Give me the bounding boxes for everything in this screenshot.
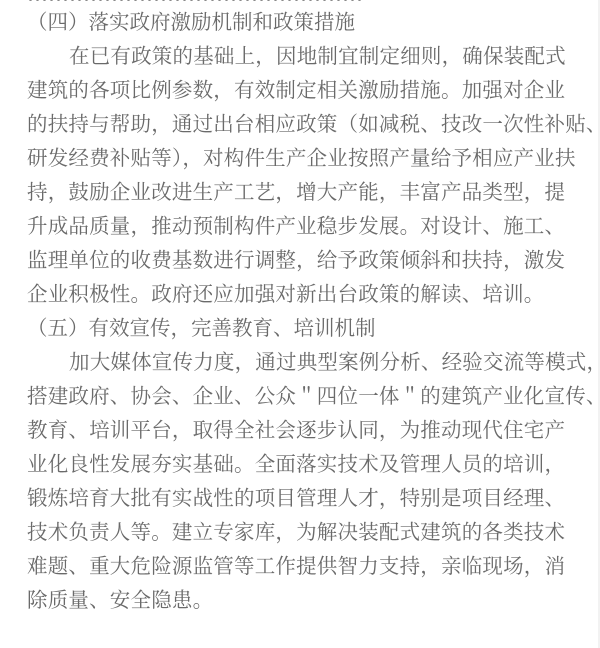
- paragraph-line: 搭建政府、协会、企业、公众＂四位一体＂的建筑产业化宣传、: [27, 379, 575, 413]
- paragraph-line: 难题、重大危险源监管等工作提供智力支持，亲临现场，消: [27, 549, 575, 583]
- cutoff-previous-line: …………………………………………: [27, 0, 363, 4]
- paragraph-line: 锻炼培育大批有实战性的项目管理人才，特别是项目经理、: [27, 481, 575, 515]
- paragraph-line: 加大媒体宣传力度，通过典型案例分析、经验交流等模式，: [27, 345, 575, 379]
- paragraph-line: 升成品质量，推动预制构件产业稳步发展。对设计、施工、: [27, 209, 575, 243]
- paragraph-line: 的扶持与帮助，通过出台相应政策（如减税、技改一次性补贴、: [27, 107, 575, 141]
- paragraph-line: 持，鼓励企业改进生产工艺，增大产能，丰富产品类型，提: [27, 175, 575, 209]
- document-body: （四）落实政府激励机制和政策措施 在已有政策的基础上，因地制宜制定细则，确保装配…: [27, 5, 575, 617]
- paragraph-line: 在已有政策的基础上，因地制宜制定细则，确保装配式: [27, 39, 575, 73]
- paragraph-line: 研发经费补贴等），对构件生产企业按照产量给予相应产业扶: [27, 141, 575, 175]
- paragraph-line: 技术负责人等。建立专家库，为解决装配式建筑的各类技术: [27, 515, 575, 549]
- section-4-paragraph: 在已有政策的基础上，因地制宜制定细则，确保装配式 建筑的各项比例参数，有效制定相…: [27, 39, 575, 311]
- paragraph-line: 除质量、安全隐患。: [27, 583, 575, 617]
- paragraph-line: 建筑的各项比例参数，有效制定相关激励措施。加强对企业: [27, 73, 575, 107]
- paragraph-line: 业化良性发展夯实基础。全面落实技术及管理人员的培训，: [27, 447, 575, 481]
- section-5-paragraph: 加大媒体宣传力度，通过典型案例分析、经验交流等模式， 搭建政府、协会、企业、公众…: [27, 345, 575, 617]
- section-heading-5: （五）有效宣传，完善教育、培训机制: [27, 311, 575, 345]
- paragraph-line: 企业积极性。政府还应加强对新出台政策的解读、培训。: [27, 277, 575, 311]
- section-heading-4: （四）落实政府激励机制和政策措施: [27, 5, 575, 39]
- paragraph-line: 监理单位的收费基数进行调整，给予政策倾斜和扶持，激发: [27, 243, 575, 277]
- paragraph-line: 教育、培训平台，取得全社会逐步认同，为推动现代住宅产: [27, 413, 575, 447]
